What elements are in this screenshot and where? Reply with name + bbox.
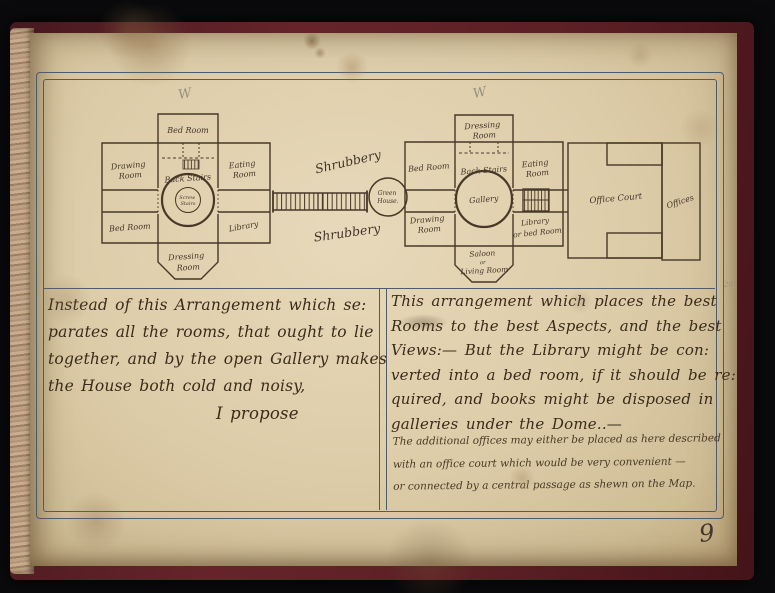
office-court-bottom-notch <box>607 233 662 258</box>
left-note-signoff: I propose <box>216 404 387 431</box>
right-note-line: quired, and books might be disposed in <box>391 390 736 415</box>
room-label-library-or-bed-room: Library or bed Room <box>512 215 563 240</box>
room-label-offices: Offices <box>665 193 695 210</box>
compass-mark-left: W <box>177 86 194 103</box>
right-note-addendum: The additional offices may either be pla… <box>393 432 722 503</box>
left-note-line: Instead of this Arrangement which se: <box>48 296 387 323</box>
room-label-eating-room: Eating Room <box>227 159 259 181</box>
left-note-line: together, and by the open Gallery makes <box>48 350 387 377</box>
room-label-bed-room-bottom: Bed Room <box>108 222 151 234</box>
room-label-library: Library <box>227 219 259 233</box>
addendum-line: or connected by a central passage as she… <box>393 477 721 503</box>
colonnade-passage <box>273 191 367 213</box>
shrubbery-label-top: Shrubbery <box>314 146 384 176</box>
room-label-saloon: Saloon or Living Room <box>458 248 508 277</box>
right-floor-plan <box>405 115 700 282</box>
photograph-of-manuscript: W W Bed Room <box>0 0 775 593</box>
compass-mark-right: W <box>472 84 490 102</box>
right-stair-block <box>523 189 549 211</box>
margin-number: 20 <box>723 281 733 289</box>
room-label-central-stairs: Screw Stairs <box>179 195 196 207</box>
room-label-bed-room-top: Bed Room <box>166 126 209 135</box>
room-label-eating-room-right: Eating Room <box>520 158 552 180</box>
room-label-bed-room-right: Bed Room <box>407 161 451 174</box>
room-label-dressing-room-right: Dressing Room <box>463 120 504 142</box>
room-label-back-stairs: Back Stairs <box>163 172 211 184</box>
green-house: Green House. <box>369 178 407 216</box>
office-court-top-notch <box>607 143 662 165</box>
right-note-line: Rooms to the best Aspects, and the best <box>391 317 736 342</box>
right-note-line: verted into a bed room, if it should be … <box>391 366 736 391</box>
shrubbery-label-bottom: Shrubbery <box>313 220 382 244</box>
room-label-drawing-room: Drawing Room <box>109 159 149 181</box>
right-note-line: This arrangement which places the best <box>391 292 736 317</box>
right-note-line: Views:— But the Library might be con: <box>391 341 736 366</box>
room-label-office-court: Office Court <box>589 192 643 207</box>
left-back-stairs-detail <box>162 143 214 169</box>
room-label-drawing-room-right: Drawing Room <box>408 213 448 235</box>
right-back-stairs-detail <box>459 142 509 153</box>
left-note-line: parates all the rooms, that ought to lie <box>48 323 387 350</box>
room-label-gallery: Gallery <box>469 194 500 206</box>
left-floor-plan-labels: Bed Room Back Stairs Drawing Room Eating… <box>108 126 260 273</box>
right-note: This arrangement which places the best R… <box>391 292 736 439</box>
room-label-dressing-room: Dressing Room <box>167 251 208 274</box>
left-note: Instead of this Arrangement which se: pa… <box>48 296 387 431</box>
page-number: 9 <box>698 519 716 548</box>
left-note-line: the House both cold and noisy, <box>48 377 387 404</box>
green-house-label: Green House. <box>376 190 398 205</box>
